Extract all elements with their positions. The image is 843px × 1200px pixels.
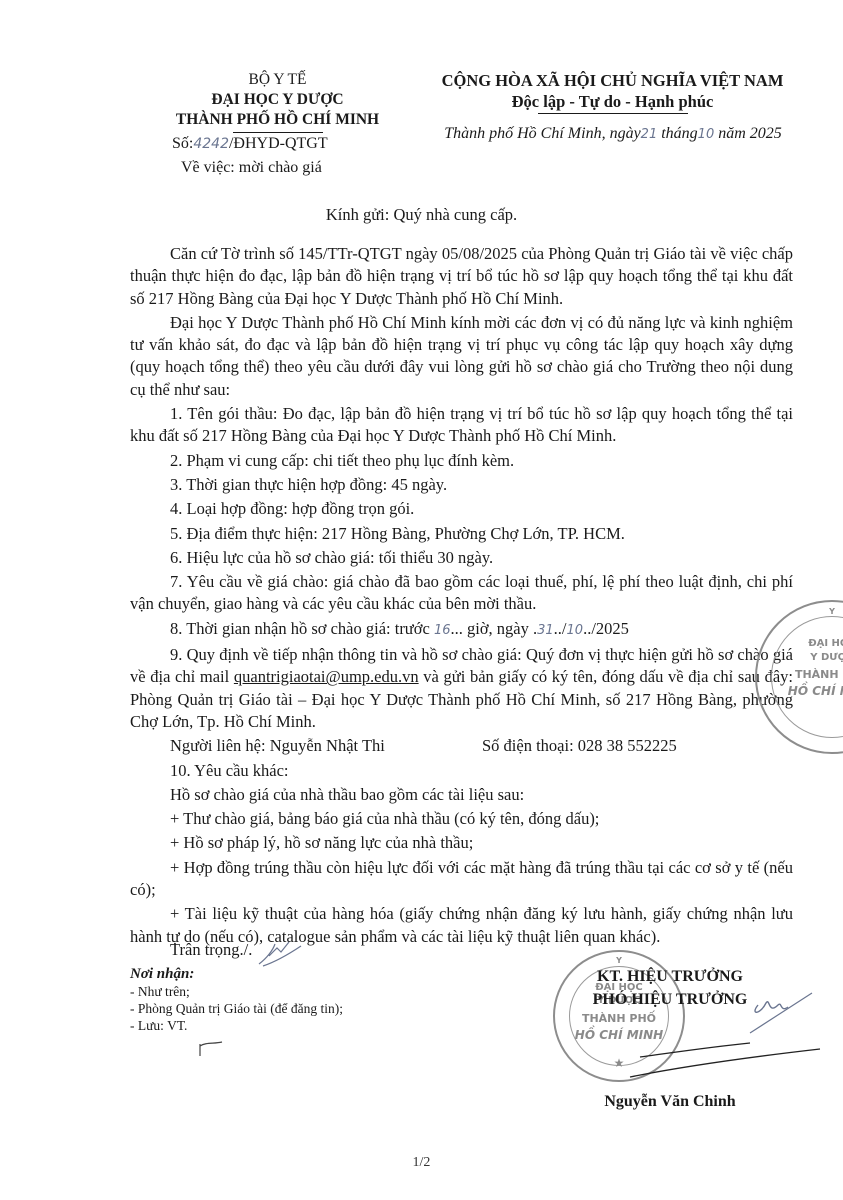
item-8-label: 8. Thời gian nhận hồ sơ chào giá: trước	[170, 619, 434, 638]
item-5: 5. Địa điểm thực hiện: 217 Hồng Bàng, Ph…	[130, 523, 793, 545]
item-8-year: ../2025	[583, 619, 629, 638]
month-label: tháng	[657, 125, 697, 142]
item-2: 2. Phạm vi cung cấp: chi tiết theo phụ l…	[130, 450, 793, 472]
doc-requirement: + Thư chào giá, bảng báo giá của nhà thầ…	[130, 808, 793, 830]
document-number: Số:4242/ĐHYD-QTGT	[172, 135, 328, 153]
place-and-date: Thành phố Hồ Chí Minh, ngày21 tháng10 nă…	[398, 125, 828, 143]
motto-underline	[538, 113, 688, 114]
deadline-day: 31	[537, 623, 554, 638]
paragraph-basis: Căn cứ Tờ trình số 145/TTr-QTGT ngày 05/…	[130, 243, 793, 310]
org-name-line1: ĐẠI HỌC Y DƯỢC	[165, 90, 390, 110]
contact-line: Người liên hệ: Nguyễn Nhật Thi Số điện t…	[130, 735, 793, 757]
distribution-item: - Phòng Quản trị Giáo tài (để đăng tin);	[130, 1000, 343, 1017]
distribution-title: Nơi nhận:	[130, 965, 343, 983]
document-body: Căn cứ Tờ trình số 145/TTr-QTGT ngày 05/…	[130, 243, 793, 948]
partial-seal-top: Y	[757, 607, 843, 616]
doc-requirement: + Hợp đồng trúng thầu còn hiệu lực đối v…	[130, 857, 793, 902]
page-number: 1/2	[0, 1155, 843, 1171]
signature-icon	[600, 985, 830, 1085]
signatory-name: Nguyễn Văn Chinh	[555, 1093, 785, 1111]
date-month: 10	[698, 127, 715, 142]
deadline-month: 10	[567, 623, 584, 638]
partial-seal-line: ĐẠI HỌC	[757, 638, 843, 649]
national-motto: Độc lập - Tự do - Hạnh phúc	[405, 91, 820, 112]
paragraph-invitation: Đại học Y Dược Thành phố Hồ Chí Minh kín…	[130, 312, 793, 401]
initial-signature-icon	[255, 938, 305, 968]
date-day: 21	[641, 127, 658, 142]
year-label: năm 2025	[714, 125, 782, 142]
header-underline	[233, 132, 323, 133]
seal-top-text: Y	[555, 956, 683, 965]
distribution-list: Nơi nhận: - Như trên; - Phòng Quản trị G…	[130, 965, 343, 1034]
partial-seal-line: HỒ CHÍ MINH	[757, 684, 843, 698]
email-link[interactable]: quantrigiaotai@ump.edu.vn	[234, 667, 419, 686]
org-name-line2: THÀNH PHỐ HỒ CHÍ MINH	[165, 110, 390, 130]
doc-number-handwritten: 4242	[193, 136, 229, 152]
item-3: 3. Thời gian thực hiện hợp đồng: 45 ngày…	[130, 474, 793, 496]
closing-regards: Trân trọng./.	[170, 940, 252, 960]
item-1: 1. Tên gói thầu: Đo đạc, lập bản đồ hiện…	[130, 403, 793, 448]
initial-mark-icon	[196, 1038, 226, 1058]
item-4: 4. Loại hợp đồng: hợp đồng trọn gói.	[130, 498, 793, 520]
doc-number-suffix: /ĐHYD-QTGT	[229, 135, 328, 152]
document-subject: Về việc: mời chào giá	[181, 159, 322, 177]
country-name: CỘNG HÒA XÃ HỘI CHỦ NGHĨA VIỆT NAM	[405, 70, 820, 91]
item-9: 9. Quy định về tiếp nhận thông tin và hồ…	[130, 644, 793, 733]
doc-requirement: + Hồ sơ pháp lý, hồ sơ năng lực của nhà …	[130, 832, 793, 854]
item-6: 6. Hiệu lực của hồ sơ chào giá: tối thiể…	[130, 547, 793, 569]
deadline-hour: 16	[434, 623, 451, 638]
contact-person: Người liên hệ: Nguyễn Nhật Thi	[170, 735, 482, 757]
distribution-item: - Lưu: VT.	[130, 1017, 343, 1034]
issuing-authority: BỘ Y TẾ ĐẠI HỌC Y DƯỢC THÀNH PHỐ HỒ CHÍ …	[165, 70, 390, 137]
docs-intro: Hồ sơ chào giá của nhà thầu bao gồm các …	[130, 784, 793, 806]
item-7: 7. Yêu cầu về giá chào: giá chào đã bao …	[130, 571, 793, 616]
contact-phone: Số điện thoại: 028 38 552225	[482, 735, 677, 757]
place-label: Thành phố Hồ Chí Minh, ngày	[444, 125, 640, 142]
salutation: Kính gửi: Quý nhà cung cấp.	[0, 205, 843, 225]
item-8-sep: ../	[554, 619, 567, 638]
doc-number-label: Số:	[172, 135, 193, 152]
item-10: 10. Yêu cầu khác:	[130, 760, 793, 782]
partial-seal-line: Y DƯỢC	[757, 652, 843, 663]
distribution-item: - Như trên;	[130, 983, 343, 1000]
partial-seal-line: THÀNH PHỐ	[757, 668, 843, 681]
ministry-name: BỘ Y TẾ	[165, 70, 390, 90]
item-8: 8. Thời gian nhận hồ sơ chào giá: trước …	[130, 618, 793, 642]
national-title: CỘNG HÒA XÃ HỘI CHỦ NGHĨA VIỆT NAM Độc l…	[405, 70, 820, 114]
item-8-mid: ... giờ, ngày .	[450, 619, 537, 638]
